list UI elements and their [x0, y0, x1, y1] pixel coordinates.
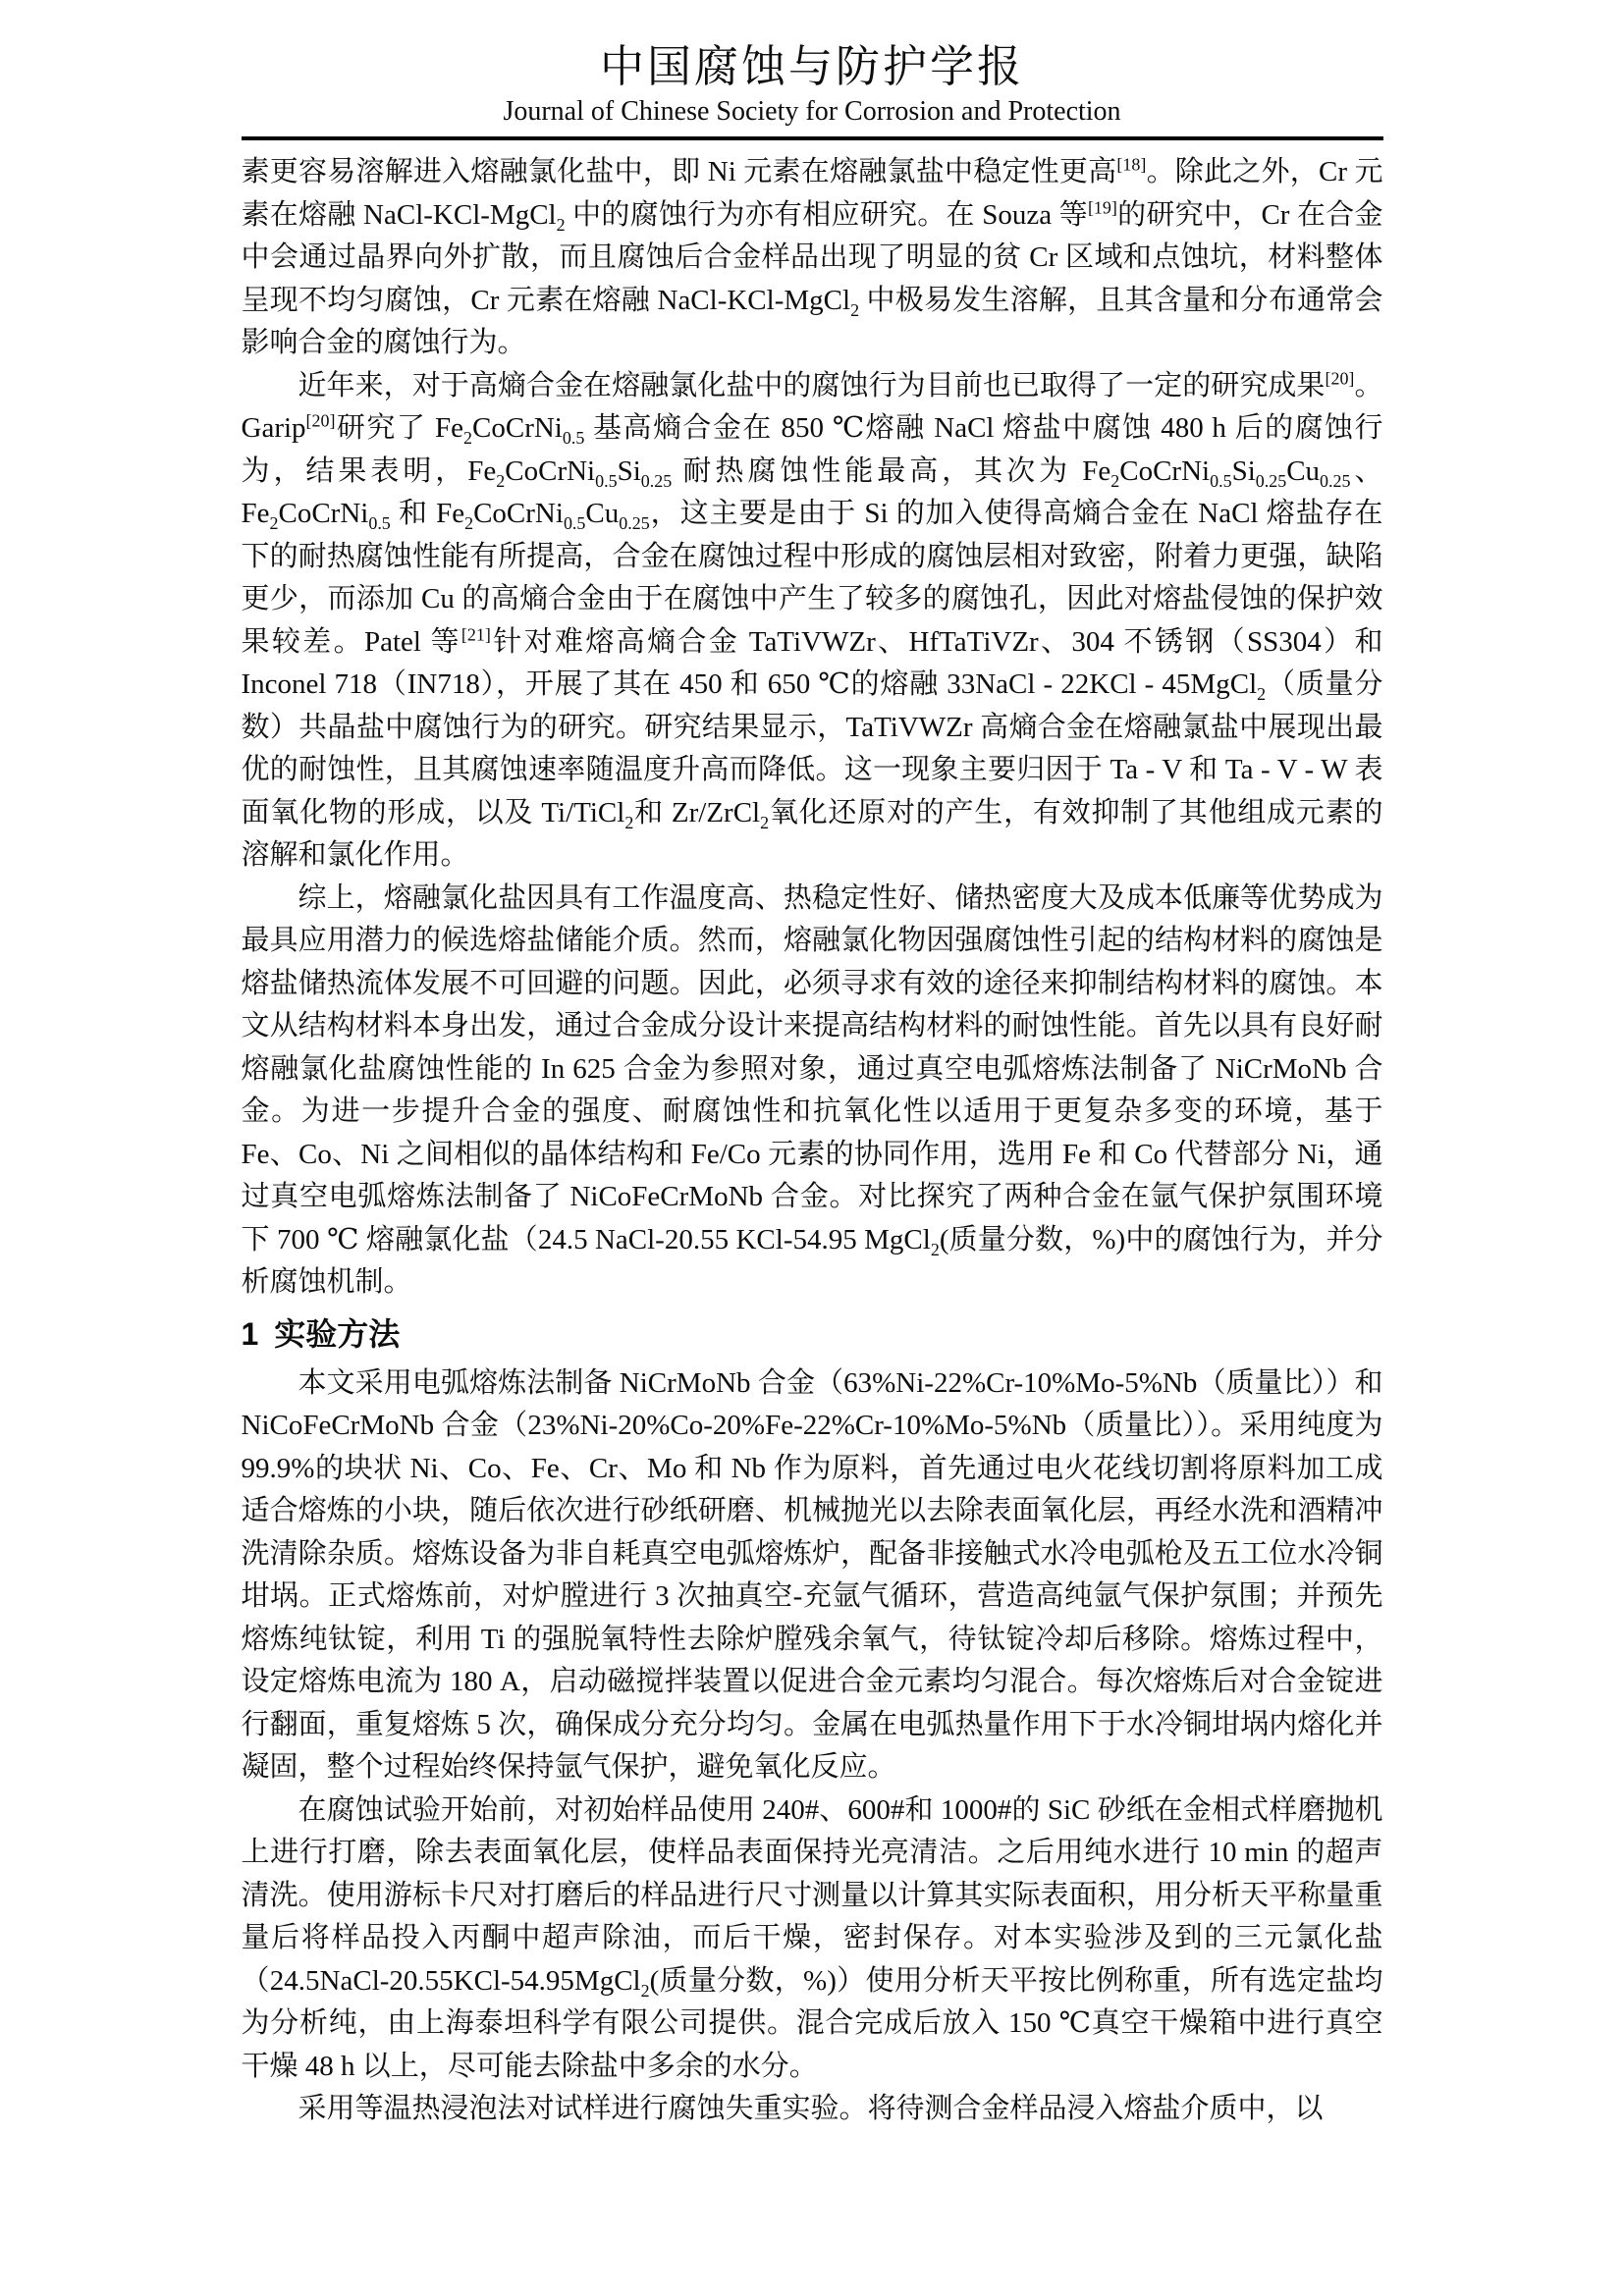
section-number: 1: [242, 1316, 259, 1352]
paragraph-alloy-preparation: 本文采用电弧熔炼法制备 NiCrMoNb 合金（63%Ni-22%Cr-10%M…: [242, 1362, 1383, 1789]
section-heading-experimental-method: 1实验方法: [242, 1312, 1383, 1356]
header-rule: [242, 136, 1383, 140]
journal-header: 中国腐蚀与防护学报 Journal of Chinese Society for…: [242, 39, 1383, 140]
paragraph-immersion-test: 采用等温热浸泡法对试样进行腐蚀失重实验。将待测合金样品浸入熔盐介质中，以: [242, 2088, 1383, 2131]
journal-title-zh: 中国腐蚀与防护学报: [242, 39, 1383, 94]
page: 中国腐蚀与防护学报 Journal of Chinese Society for…: [242, 0, 1383, 2131]
paragraph-hea-molten-salt-review: 近年来，对于高熵合金在熔融氯化盐中的腐蚀行为目前也已取得了一定的研究成果[20]…: [242, 365, 1383, 878]
section-title: 实验方法: [274, 1316, 400, 1352]
journal-title-en: Journal of Chinese Society for Corrosion…: [242, 96, 1383, 128]
article-body: 素更容易溶解进入熔融氯化盐中，即 Ni 元素在熔融氯盐中稳定性更高[18]。除此…: [242, 151, 1383, 2131]
paragraph-summary-motivation: 综上，熔融氯化盐因具有工作温度高、热稳定性好、储热密度大及成本低廉等优势成为最具…: [242, 878, 1383, 1305]
paragraph-sample-salt-preparation: 在腐蚀试验开始前，对初始样品使用 240#、600#和 1000#的 SiC 砂…: [242, 1789, 1383, 2089]
paragraph-continuation-ni-cr: 素更容易溶解进入熔融氯化盐中，即 Ni 元素在熔融氯盐中稳定性更高[18]。除此…: [242, 151, 1383, 365]
